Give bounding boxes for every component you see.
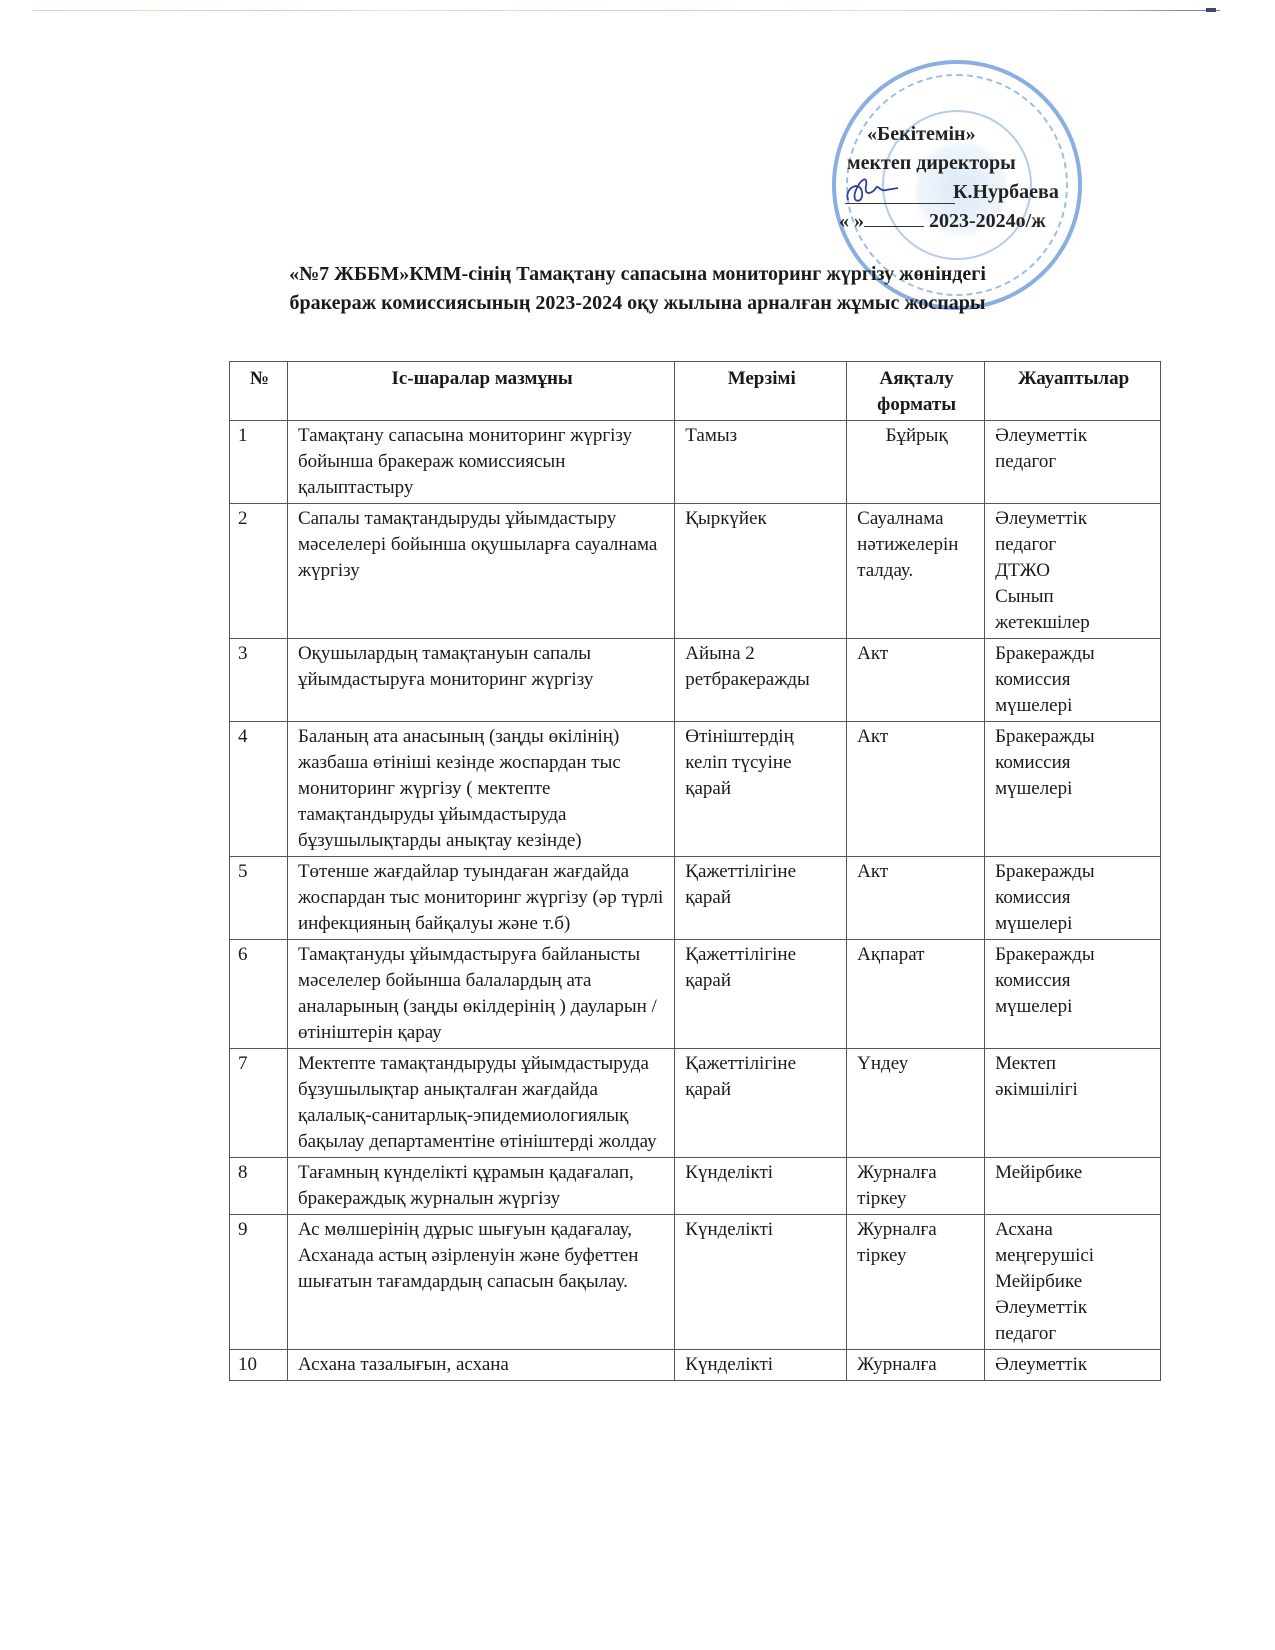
cell-term: Қажеттілігіне қарай [675,940,847,1049]
cell-num: 2 [230,504,288,639]
table-row: 1Тамақтану сапасына мониторинг жүргізу б… [230,421,1161,504]
cell-responsible: Әлеуметтік [985,1350,1161,1381]
responsible-line: педагог [995,1321,1152,1347]
responsible-line: Сынып [995,584,1152,610]
cell-num: 6 [230,940,288,1049]
page-top-rule-right [503,10,1220,11]
header-responsible: Жауаптылар [985,362,1161,421]
cell-activity: Ас мөлшерінің дұрыс шығуын қадағалау, Ас… [287,1215,674,1350]
responsible-line: Бракеражды [995,942,1152,968]
cell-num: 10 [230,1350,288,1381]
responsible-line: меңгерушісі [995,1243,1152,1269]
responsible-line: Бракеражды [995,724,1152,750]
work-plan-table: № Іс-шаралар мазмұны Мерзімі Аяқталу фор… [229,361,1161,1381]
header-num: № [230,362,288,421]
cell-activity: Мектепте тамақтандыруды ұйымдастыруда бұ… [287,1049,674,1158]
cell-activity: Баланың ата анасының (заңды өкілінің) жа… [287,722,674,857]
cell-responsible: Мейірбике [985,1158,1161,1215]
cell-term: Қажеттілігіне қарай [675,1049,847,1158]
cell-activity: Тамақтану сапасына мониторинг жүргізу бо… [287,421,674,504]
responsible-line: Мейірбике [995,1160,1152,1186]
cell-responsible: Мектепәкімшілігі [985,1049,1161,1158]
approval-name: К.Нурбаева [953,181,1059,203]
responsible-line: Мейірбике [995,1269,1152,1295]
cell-format: Акт [847,857,985,940]
cell-responsible: Бракераждыкомиссиямүшелері [985,857,1161,940]
page-top-rule [33,10,503,11]
cell-activity: Асхана тазалығын, асхана [287,1350,674,1381]
responsible-line: Асхана [995,1217,1152,1243]
cell-responsible: Бракераждыкомиссиямүшелері [985,639,1161,722]
table-row: 7Мектепте тамақтандыруды ұйымдастыруда б… [230,1049,1161,1158]
cell-term: Күнделікті [675,1158,847,1215]
cell-term: Өтініштердің келіп түсуіне қарай [675,722,847,857]
responsible-line: педагог [995,532,1152,558]
cell-num: 4 [230,722,288,857]
cell-responsible: ӘлеуметтікпедагогДТЖОСыныпжетекшілер [985,504,1161,639]
table-row: 5Төтенше жағдайлар туындаған жағдайда жо… [230,857,1161,940]
cell-num: 8 [230,1158,288,1215]
cell-activity: Төтенше жағдайлар туындаған жағдайда жос… [287,857,674,940]
table-row: 10Асхана тазалығын, асханаКүнделіктіЖурн… [230,1350,1161,1381]
responsible-line: мүшелері [995,994,1152,1020]
cell-format: Журналға тіркеу [847,1158,985,1215]
cell-term: Тамыз [675,421,847,504]
approval-position: мектеп директоры [835,149,1095,178]
approval-date-line: « » 2023-2024о/ж [835,207,1095,236]
responsible-line: Әлеуметтік [995,1352,1152,1378]
table-row: 6Тамақтануды ұйымдастыруға байланысты мә… [230,940,1161,1049]
cell-term: Қажеттілігіне қарай [675,857,847,940]
table-header-row: № Іс-шаралар мазмұны Мерзімі Аяқталу фор… [230,362,1161,421]
cell-format: Акт [847,639,985,722]
approval-name-line: К.Нурбаева [835,178,1095,207]
cell-term: Күнделікті [675,1215,847,1350]
responsible-line: Мектеп [995,1051,1152,1077]
responsible-line: комиссия [995,885,1152,911]
cell-activity: Оқушылардың тамақтануын сапалы ұйымдасты… [287,639,674,722]
cell-num: 1 [230,421,288,504]
cell-format: Акт [847,722,985,857]
cell-format: Ақпарат [847,940,985,1049]
responsible-line: Әлеуметтік [995,1295,1152,1321]
cell-format: Сауалнама нәтижелерін талдау. [847,504,985,639]
responsible-line: педагог [995,449,1152,475]
scan-mark [1206,8,1216,12]
table-body: 1Тамақтану сапасына мониторинг жүргізу б… [230,421,1161,1381]
responsible-line: комиссия [995,667,1152,693]
cell-term: Айына 2 ретбракеражды [675,639,847,722]
cell-responsible: Бракераждыкомиссиямүшелері [985,722,1161,857]
signature-line [845,203,955,204]
responsible-line: Бракеражды [995,859,1152,885]
header-term: Мерзімі [675,362,847,421]
cell-num: 3 [230,639,288,722]
approval-year: 2023-2024о/ж [929,210,1046,232]
responsible-line: әкімшілігі [995,1077,1152,1103]
approval-heading: «Бекітемін» [835,120,1095,149]
responsible-line: мүшелері [995,911,1152,937]
cell-format: Үндеу [847,1049,985,1158]
cell-activity: Тамақтануды ұйымдастыруға байланысты мәс… [287,940,674,1049]
date-blank [864,208,924,227]
cell-responsible: Бракераждыкомиссиямүшелері [985,940,1161,1049]
responsible-line: жетекшілер [995,610,1152,636]
responsible-line: Әлеуметтік [995,423,1152,449]
cell-num: 5 [230,857,288,940]
responsible-line: мүшелері [995,776,1152,802]
cell-term: Қыркүйек [675,504,847,639]
responsible-line: комиссия [995,750,1152,776]
cell-format: Журналға [847,1350,985,1381]
table-row: 4Баланың ата анасының (заңды өкілінің) ж… [230,722,1161,857]
header-activity: Іс-шаралар мазмұны [287,362,674,421]
responsible-line: мүшелері [995,693,1152,719]
header-format: Аяқталу форматы [847,362,985,421]
table-row: 9Ас мөлшерінің дұрыс шығуын қадағалау, А… [230,1215,1161,1350]
approval-block: «Бекітемін» мектеп директоры К.Нурбаева … [835,120,1095,236]
cell-format: Бұйрық [847,421,985,504]
approval-date-prefix: « » [839,210,864,232]
table-row: 8Тағамның күнделікті құрамын қадағалап, … [230,1158,1161,1215]
responsible-line: Әлеуметтік [995,506,1152,532]
responsible-line: ДТЖО [995,558,1152,584]
document-title: «№7 ЖББМ»КММ-сінің Тамақтану сапасына мо… [200,260,1075,318]
table-row: 3Оқушылардың тамақтануын сапалы ұйымдаст… [230,639,1161,722]
cell-format: Журналға тіркеу [847,1215,985,1350]
title-line-1: «№7 ЖББМ»КММ-сінің Тамақтану сапасына мо… [200,260,1075,289]
title-line-2: бракераж комиссиясының 2023-2024 оқу жыл… [200,289,1075,318]
cell-responsible: АсханамеңгерушісіМейірбикеӘлеуметтікпеда… [985,1215,1161,1350]
responsible-line: комиссия [995,968,1152,994]
cell-activity: Тағамның күнделікті құрамын қадағалап, б… [287,1158,674,1215]
cell-num: 9 [230,1215,288,1350]
cell-activity: Сапалы тамақтандыруды ұйымдастыру мәселе… [287,504,674,639]
cell-num: 7 [230,1049,288,1158]
cell-responsible: Әлеуметтікпедагог [985,421,1161,504]
responsible-line: Бракеражды [995,641,1152,667]
table-row: 2Сапалы тамақтандыруды ұйымдастыру мәсел… [230,504,1161,639]
cell-term: Күнделікті [675,1350,847,1381]
